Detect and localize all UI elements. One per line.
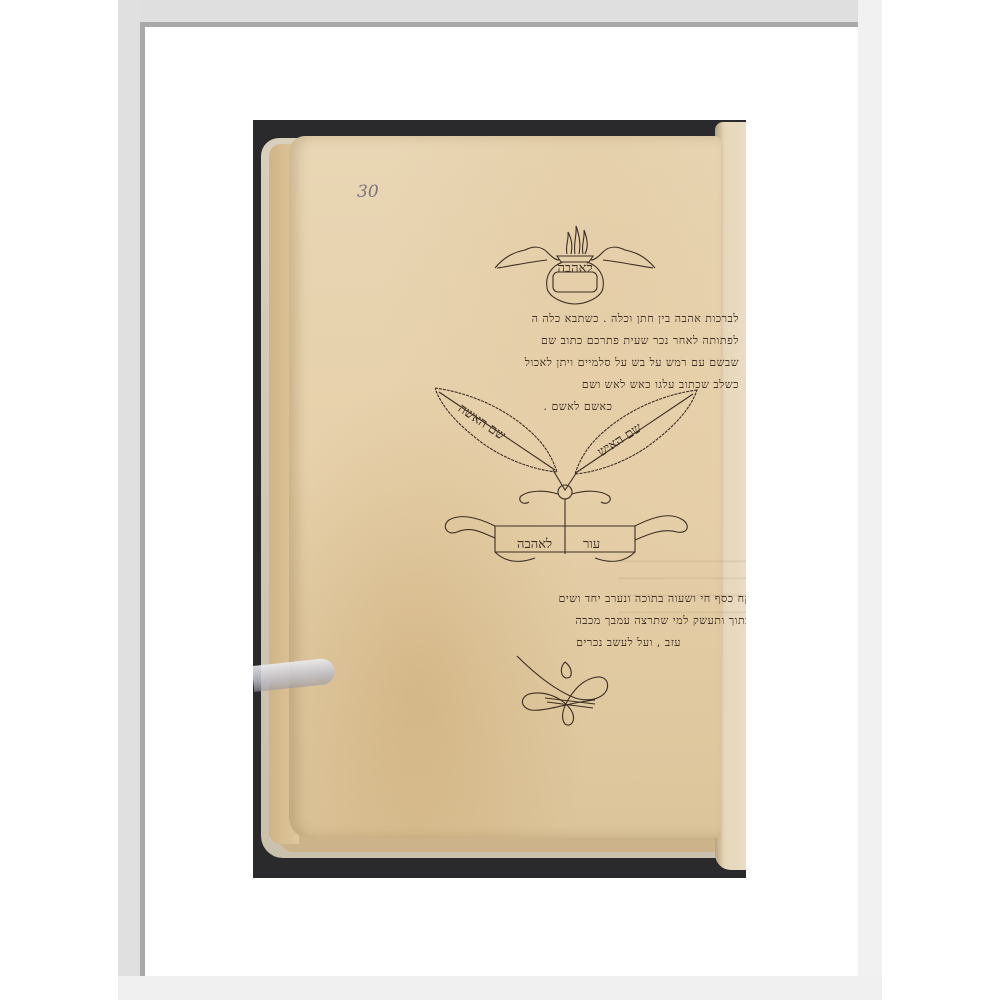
frame-bottom-edge: [118, 976, 882, 1000]
text-line: עזב , ועל לעשב נכרים: [417, 632, 746, 654]
text-line: לפתותה לאחר נכר שעית פתרכם כתוב שם: [417, 330, 739, 352]
winged-urn-emblem: לאהבה: [485, 216, 665, 306]
text-line: לברכות אהבה בין חתן וכלה . כשתבא כלה ה: [417, 308, 739, 330]
bottom-paragraph: קח כסף חי ושעוה בתוכה ונערב יחד ושים בתו…: [417, 588, 746, 654]
banner-right-label: עור: [583, 536, 600, 552]
calligraphic-flourish: [515, 654, 615, 728]
leaves-and-banner-emblem: שם האשה שם האיש לאהבה עור: [435, 386, 705, 576]
banner-left-label: לאהבה: [517, 536, 552, 552]
text-line: שבשם עם רמש על בש על סלמיים ויתן לאכול: [417, 352, 739, 374]
manuscript-page: 30 לאהבה לברכות אהבה בין: [289, 136, 721, 838]
frame-right-edge: [858, 0, 882, 1000]
folio-number: 30: [357, 182, 379, 202]
frame-top-edge: [118, 0, 882, 22]
text-line: קח כסף חי ושעוה בתוכה ונערב יחד ושים: [417, 588, 746, 610]
flourish-icon: [515, 654, 615, 728]
frame-left-edge: [118, 0, 140, 1000]
emblem-label: לאהבה: [547, 260, 603, 276]
text-line: בתוך ותעשק למי שתרצה עמבך מכבה: [417, 610, 746, 632]
manuscript-photo: ד ב 30 לאהבה: [253, 120, 746, 878]
